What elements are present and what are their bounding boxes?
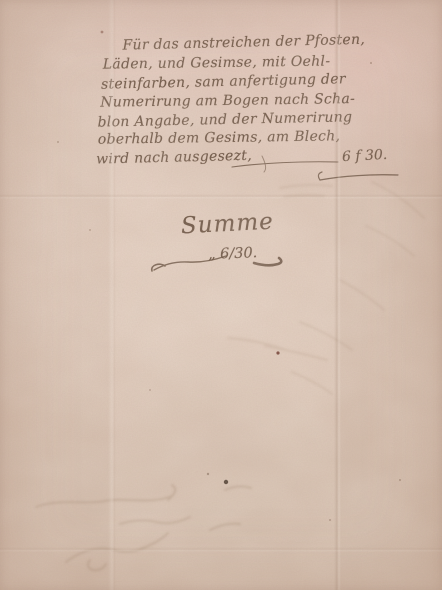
body-line: wird nach ausgesezt, — [96, 148, 252, 168]
line-amount: 6 f 30. — [342, 147, 388, 165]
sum-value: „ 6/30. — [208, 245, 258, 263]
body-line: steinfarben, sam anfertigung der — [101, 71, 346, 93]
sum-label: Summe — [180, 209, 274, 240]
body-line: Für das anstreichen der Pfosten, — [122, 32, 365, 54]
body-line: oberhalb dem Gesims, am Blech, — [98, 128, 341, 147]
manuscript-page: Für das anstreichen der Pfosten, Läden, … — [0, 0, 442, 590]
handwritten-body: Für das anstreichen der Pfosten, Läden, … — [0, 0, 442, 590]
body-line: Läden, und Gesimse, mit Oehl- — [103, 53, 331, 72]
body-line: Numerirung am Bogen nach Scha- — [100, 91, 355, 111]
body-line: blon Angabe, und der Numerirung — [97, 109, 352, 130]
